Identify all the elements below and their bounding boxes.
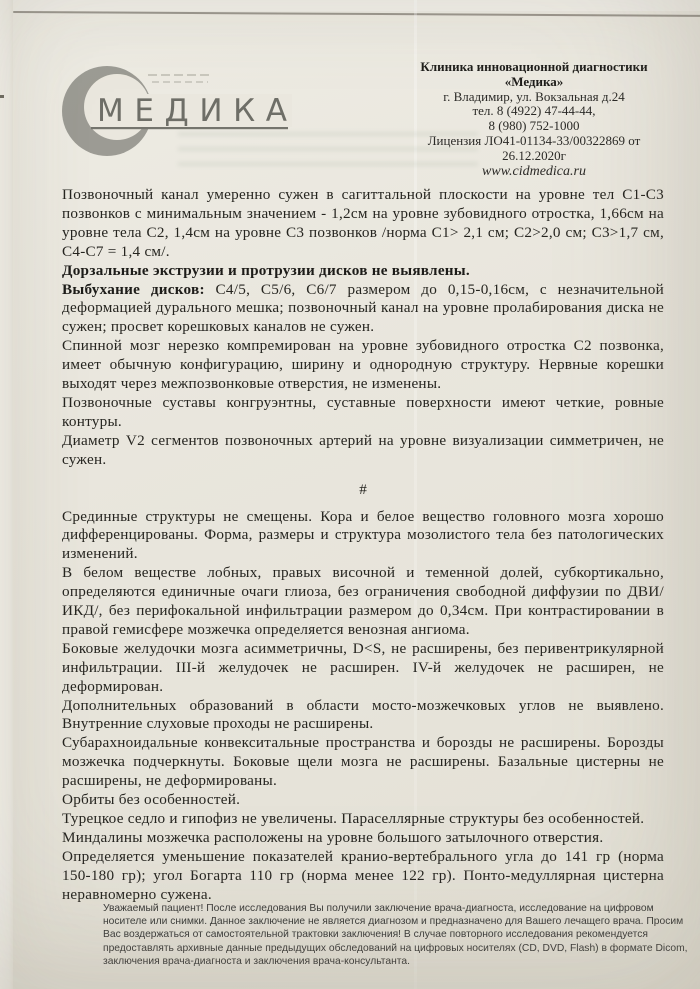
- scan-edge-top: [13, 0, 700, 11]
- notice-line: Уважаемый пациент! После исследования Вы…: [103, 902, 688, 915]
- notice-line: носителе или снимки. Данное заключение н…: [103, 915, 688, 928]
- report-text: Позвоночный канал умеренно сужен в сагит…: [62, 186, 664, 260]
- notice-line: Вас воздержаться от самостоятельной трак…: [103, 928, 688, 941]
- report-paragraph: Орбиты без особенностей.: [62, 791, 664, 810]
- report-text: Турецкое седло и гипофиз не увеличены. П…: [62, 810, 644, 827]
- report-text: Дополнительных образований в области мос…: [62, 697, 664, 733]
- report-text-bold: Выбухание дисков:: [62, 281, 205, 298]
- report-text: В белом веществе лобных, правых височной…: [62, 564, 664, 638]
- report-text: Срединные структуры не смещены. Кора и б…: [62, 508, 664, 563]
- clinic-name-line1: Клиника инновационной диагностики: [388, 60, 680, 75]
- clinic-name-line2: «Медика»: [388, 75, 680, 90]
- report-paragraph: Турецкое седло и гипофиз не увеличены. П…: [62, 810, 664, 829]
- report-paragraph: Боковые желудочки мозга асимметричны, D<…: [62, 640, 664, 697]
- report-text: Диаметр V2 сегментов позвоночных артерий…: [62, 432, 664, 468]
- clinic-phone-1: тел. 8 (4922) 47-44-44,: [388, 104, 680, 119]
- report-paragraph: Позвоночный канал умеренно сужен в сагит…: [62, 186, 664, 262]
- report-text: Миндалины мозжечка расположены на уровне…: [62, 829, 603, 846]
- report-text: Позвоночные суставы конгруэнтны, суставн…: [62, 394, 664, 430]
- report-paragraph: Выбухание дисков: C4/5, C5/6, C6/7 разме…: [62, 281, 664, 338]
- page-top-edge-line: [13, 11, 700, 17]
- clinic-info-block: Клиника инновационной диагностики «Медик…: [388, 60, 680, 179]
- notice-line: предоставлять архивные данные предыдущих…: [103, 942, 688, 955]
- report-paragraph: Позвоночные суставы конгруэнтны, суставн…: [62, 394, 664, 432]
- scanned-document: МЕДИКА Клиника инновационной диагностики…: [0, 0, 700, 989]
- report-text: Боковые желудочки мозга асимметричны, D<…: [62, 640, 664, 695]
- report-text: Спинной мозг нерезко компремирован на ур…: [62, 337, 664, 392]
- report-paragraph: Срединные структуры не смещены. Кора и б…: [62, 508, 664, 565]
- report-paragraph: Субарахноидальные конвекситальные простр…: [62, 734, 664, 791]
- clinic-license-2: 26.12.2020г: [388, 149, 680, 164]
- report-paragraph: Спинной мозг нерезко компремирован на ур…: [62, 337, 664, 394]
- clinic-address: г. Владимир, ул. Вокзальная д.24: [388, 90, 680, 105]
- report-paragraph: В белом веществе лобных, правых височной…: [62, 564, 664, 640]
- report-text-bold: Дорзальные экструзии и протрузии дисков …: [62, 262, 470, 279]
- report-body: Позвоночный канал умеренно сужен в сагит…: [62, 186, 664, 905]
- report-paragraph: Дорзальные экструзии и протрузии дисков …: [62, 262, 664, 281]
- report-paragraph: Дополнительных образований в области мос…: [62, 697, 664, 735]
- report-text: Субарахноидальные конвекситальные простр…: [62, 734, 664, 789]
- report-text: Орбиты без особенностей.: [62, 791, 240, 808]
- patient-notice: Уважаемый пациент! После исследования Вы…: [103, 902, 688, 968]
- scan-artifact-nick: [0, 95, 4, 98]
- scan-edge-left: [0, 0, 13, 989]
- section-separator: #: [62, 481, 664, 500]
- clinic-phone-2: 8 (980) 752-1000: [388, 119, 680, 134]
- report-paragraph: Диаметр V2 сегментов позвоночных артерий…: [62, 432, 664, 470]
- notice-line: заключения врача-диагноста и заключения …: [103, 955, 688, 968]
- clinic-website: www.cidmedica.ru: [388, 165, 680, 180]
- report-text: Определяется уменьшение показателей кран…: [62, 848, 664, 903]
- report-paragraph: Миндалины мозжечка расположены на уровне…: [62, 829, 664, 848]
- clinic-license-1: Лицензия ЛО41-01134-33/00322869 от: [388, 134, 680, 149]
- report-paragraph: Определяется уменьшение показателей кран…: [62, 848, 664, 905]
